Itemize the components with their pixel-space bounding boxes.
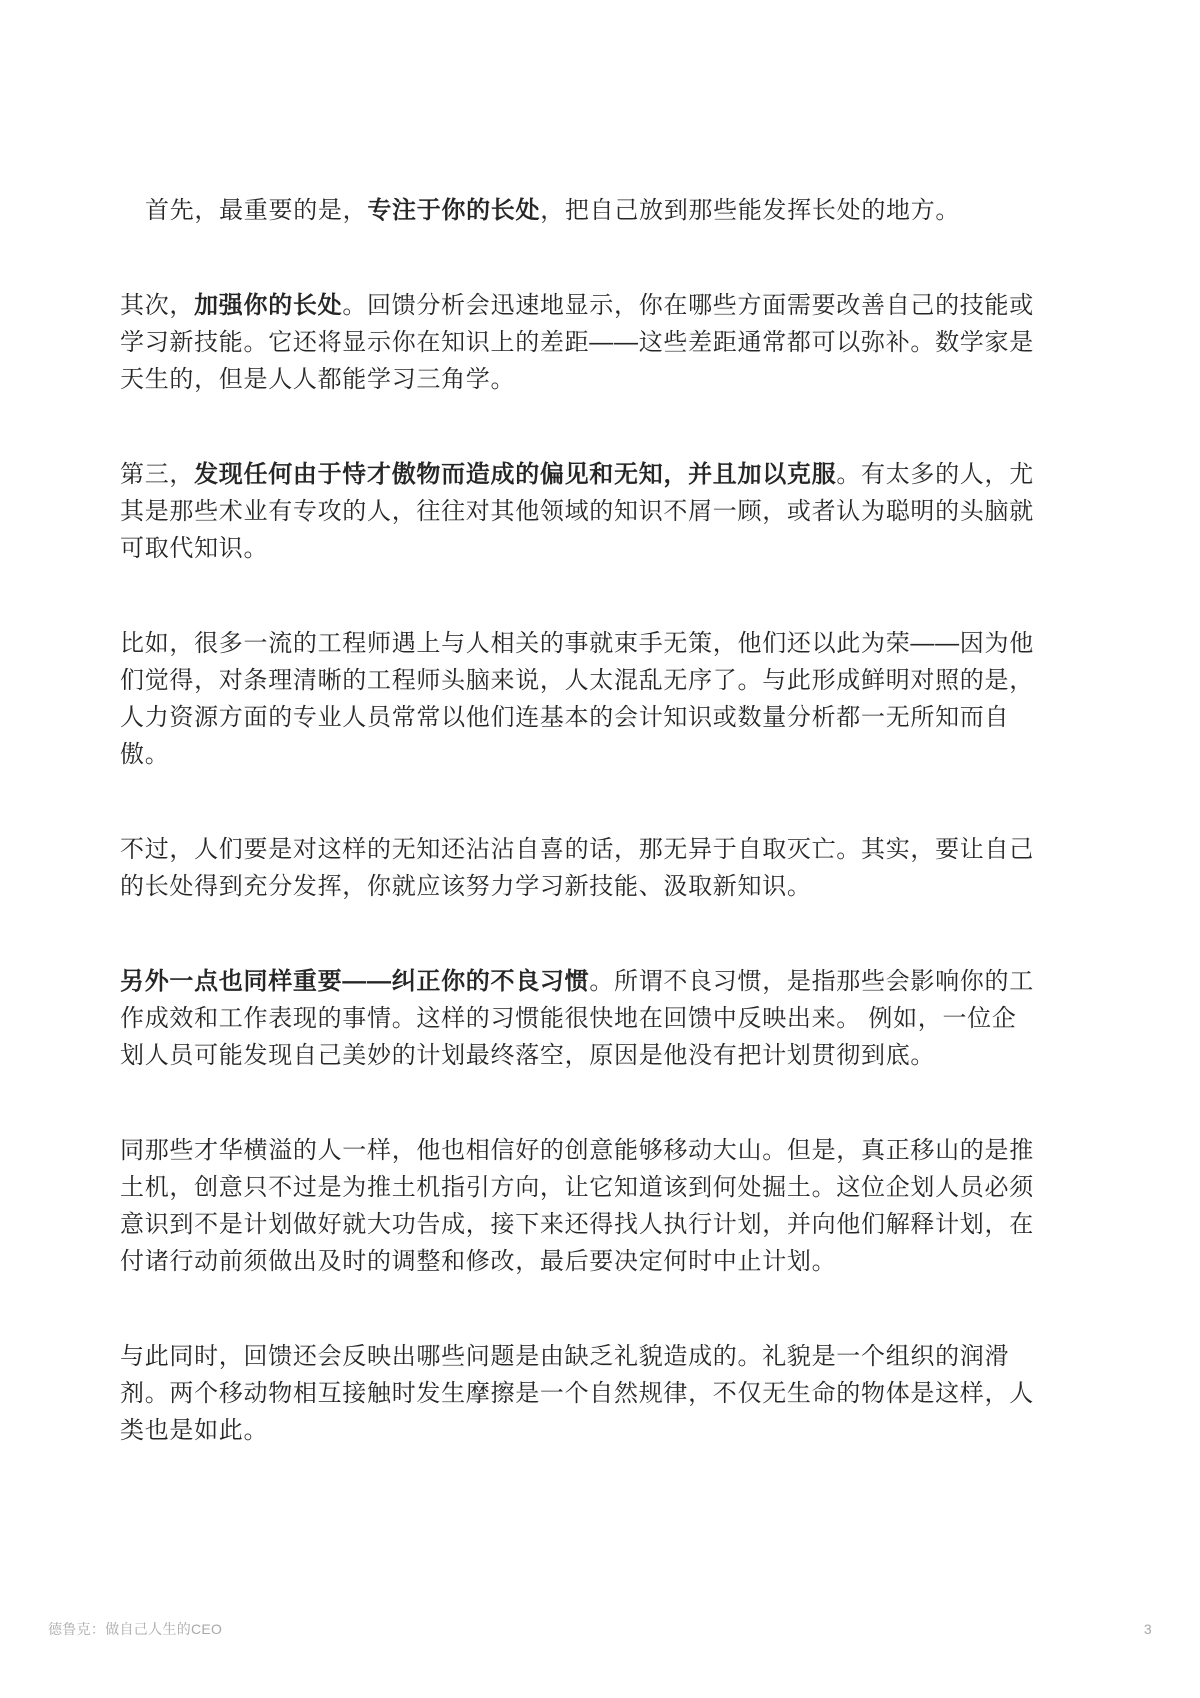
text-run: 与此同时，回馈还会反映出哪些问题是由缺乏礼貌造成的。礼貌是一个组织的润滑剂。两个… <box>120 1343 1034 1444</box>
paragraph: 另外一点也同样重要——纠正你的不良习惯。所谓不良习惯，是指那些会影响你的工作成效… <box>120 963 1036 1074</box>
text-run: 其次， <box>120 292 194 319</box>
text-run: 不过，人们要是对这样的无知还沾沾自喜的话，那无异于自取灭亡。其实，要让自己的长处… <box>120 836 1034 900</box>
paragraph: 首先，最重要的是，专注于你的长处，把自己放到那些能发挥长处的地方。 <box>120 192 1036 229</box>
text-run: 同那些才华横溢的人一样，他也相信好的创意能够移动大山。但是，真正移山的是推土机，… <box>120 1137 1034 1275</box>
text-run: ，把自己放到那些能发挥长处的地方。 <box>540 197 960 224</box>
paragraph: 比如，很多一流的工程师遇上与人相关的事就束手无策，他们还以此为荣——因为他们觉得… <box>120 625 1036 773</box>
paragraph: 其次，加强你的长处。回馈分析会迅速地显示，你在哪些方面需要改善自己的技能或学习新… <box>120 287 1036 398</box>
footer-page-number: 3 <box>1144 1620 1152 1638</box>
document-page: 首先，最重要的是，专注于你的长处，把自己放到那些能发挥长处的地方。其次，加强你的… <box>0 0 1200 1698</box>
bold-text-run: 另外一点也同样重要——纠正你的不良习惯 <box>120 968 589 995</box>
text-run: 首先，最重要的是， <box>145 197 367 224</box>
text-run: 比如，很多一流的工程师遇上与人相关的事就束手无策，他们还以此为荣——因为他们觉得… <box>120 630 1034 768</box>
text-run: 第三， <box>120 461 194 488</box>
paragraph: 不过，人们要是对这样的无知还沾沾自喜的话，那无异于自取灭亡。其实，要让自己的长处… <box>120 831 1036 905</box>
bold-text-run: 专注于你的长处 <box>367 197 540 224</box>
paragraph: 同那些才华横溢的人一样，他也相信好的创意能够移动大山。但是，真正移山的是推土机，… <box>120 1132 1036 1280</box>
paragraph: 第三，发现任何由于恃才傲物而造成的偏见和无知，并且加以克服。有太多的人，尤其是那… <box>120 456 1036 567</box>
footer-book-title: 德鲁克：做自己人生的CEO <box>48 1620 222 1638</box>
page-footer: 德鲁克：做自己人生的CEO 3 <box>48 1620 1152 1638</box>
bold-text-run: 加强你的长处 <box>194 292 342 319</box>
page-content: 首先，最重要的是，专注于你的长处，把自己放到那些能发挥长处的地方。其次，加强你的… <box>120 192 1036 1507</box>
bold-text-run: 发现任何由于恃才傲物而造成的偏见和无知，并且加以克服 <box>194 461 836 488</box>
paragraph: 与此同时，回馈还会反映出哪些问题是由缺乏礼貌造成的。礼貌是一个组织的润滑剂。两个… <box>120 1338 1036 1449</box>
